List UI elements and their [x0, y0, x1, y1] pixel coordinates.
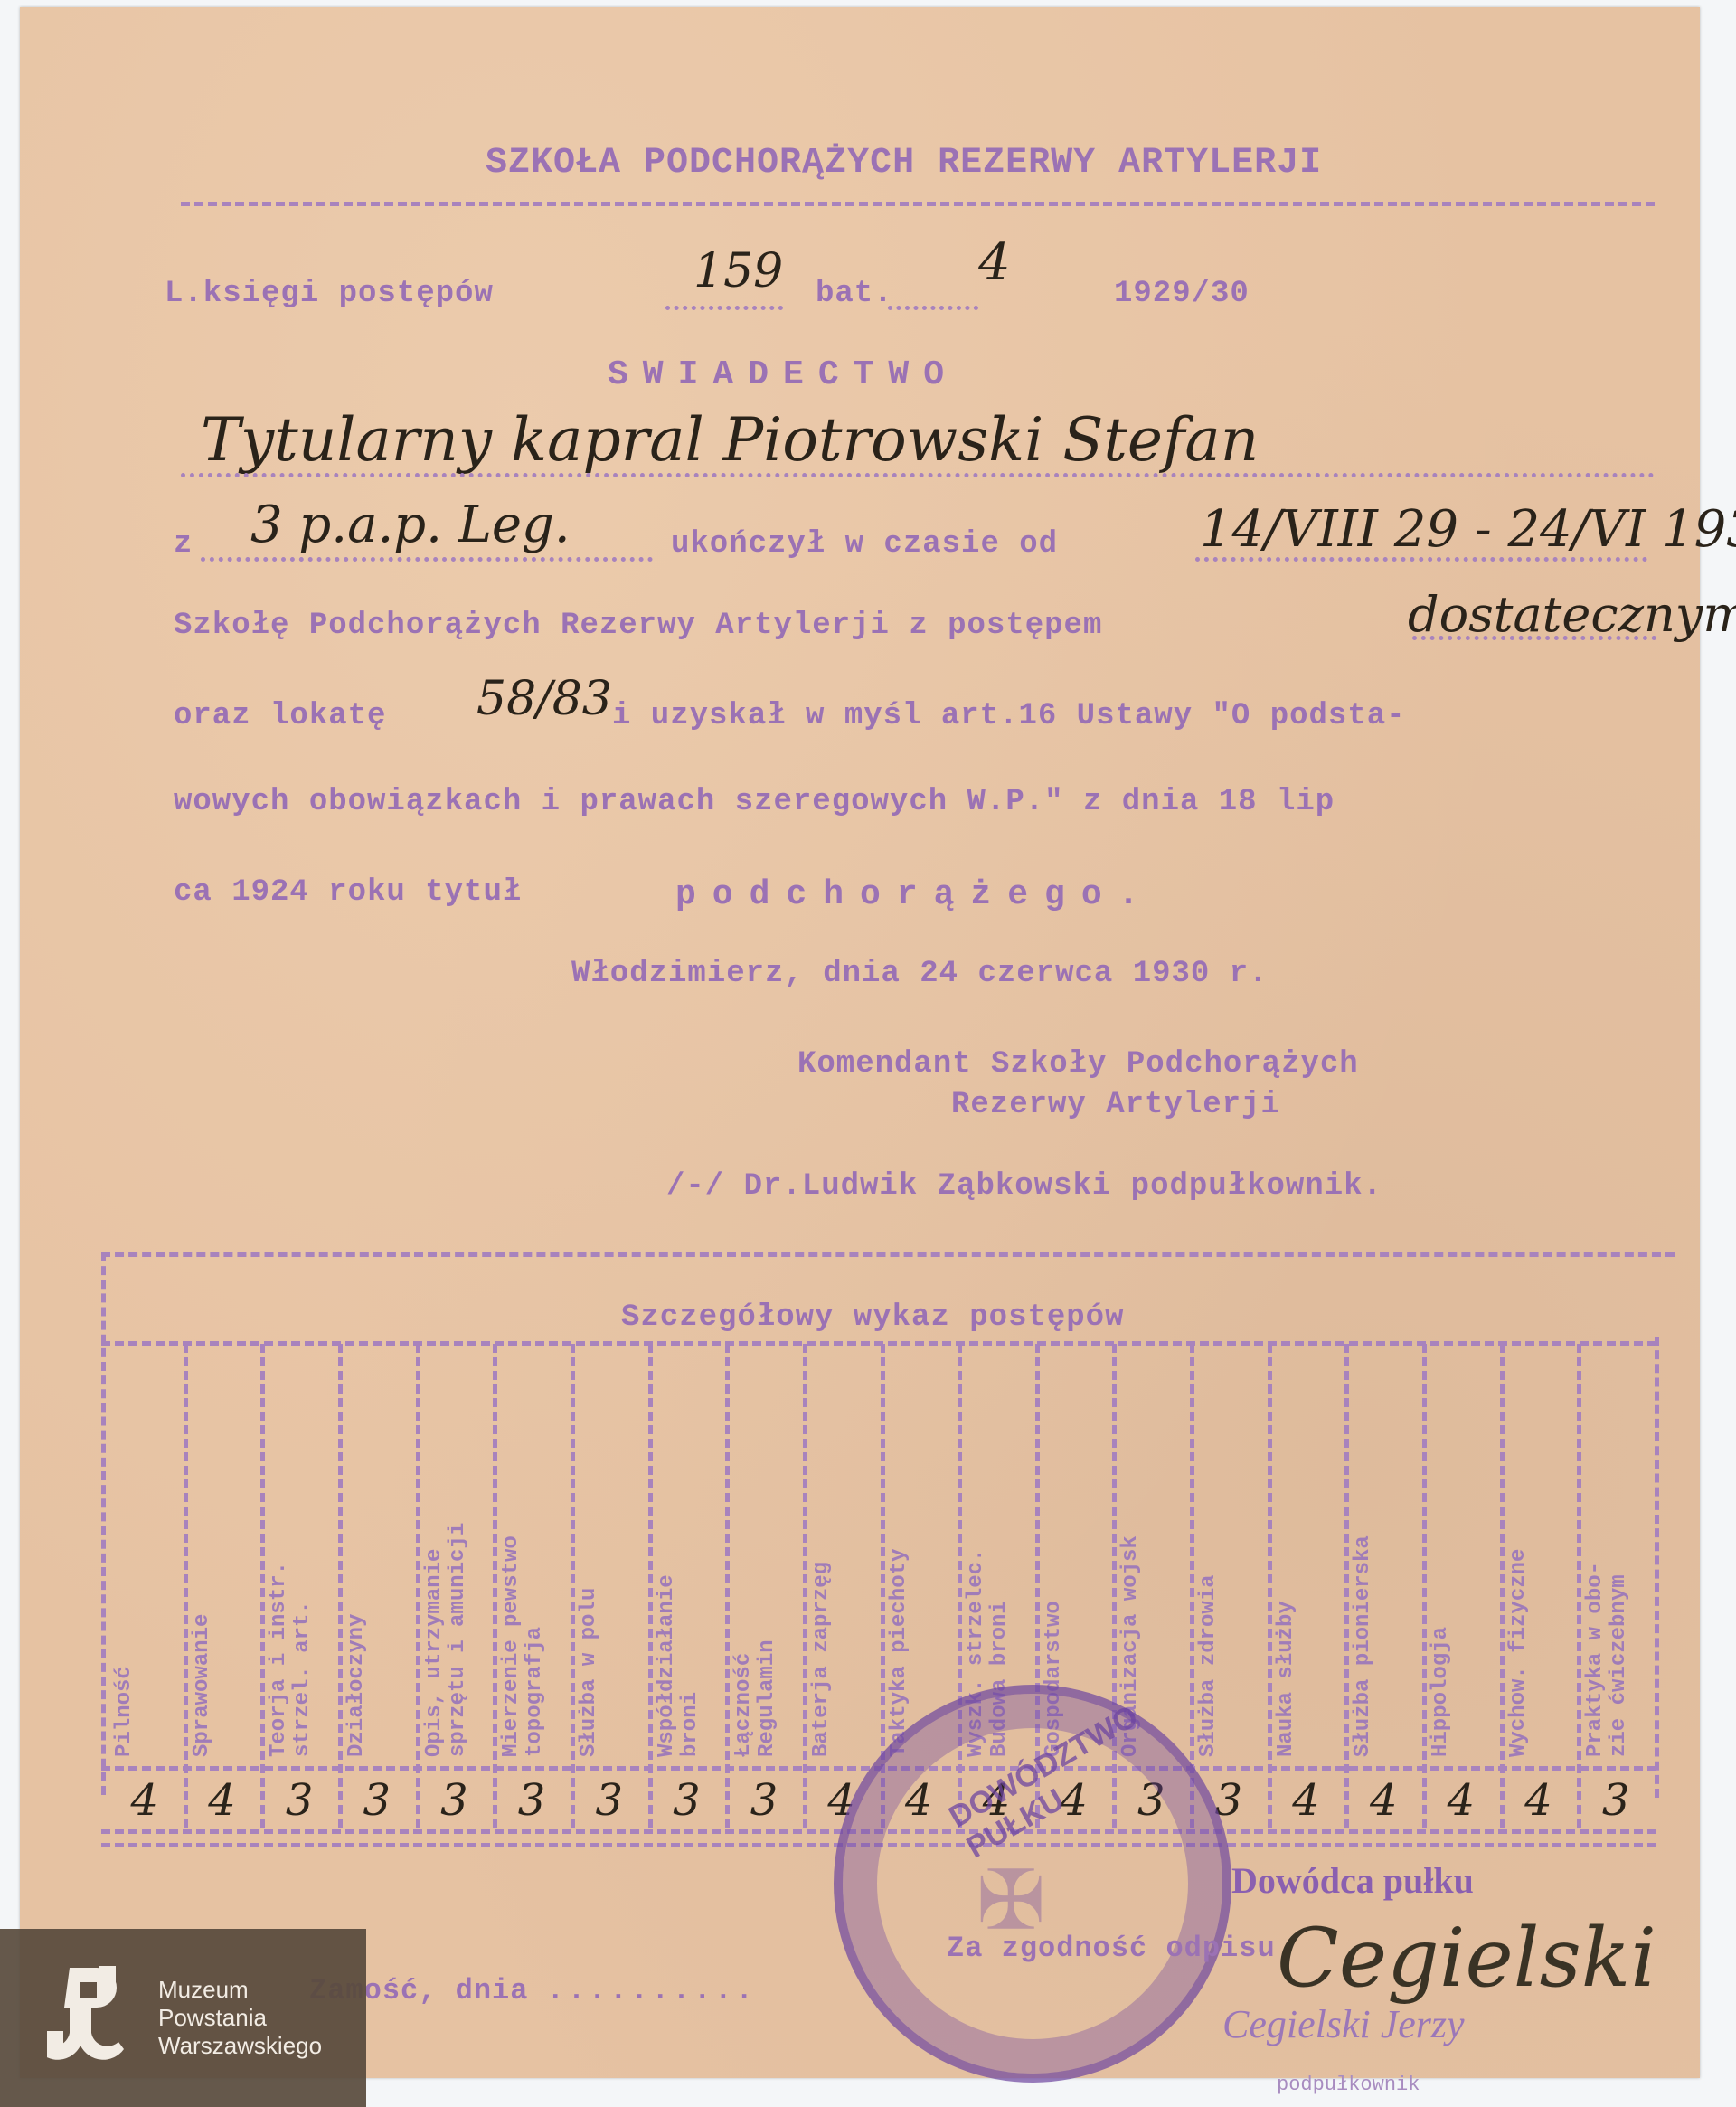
signer-name: Cegielski Jerzy: [1222, 2001, 1465, 2047]
column-header: Służba pionierska: [1352, 1355, 1375, 1757]
battalion-label: bat.: [816, 277, 893, 311]
commander-signature: /-/ Dr.Ludwik Ząbkowski podpułkownik.: [666, 1169, 1382, 1204]
certificate-title: SWIADECTWO: [608, 355, 958, 394]
grade-cell: 3: [664, 1775, 709, 1826]
document-page: SZKOŁA PODCHORĄŻYCH REZERWY ARTYLERJI L.…: [20, 7, 1700, 2078]
column-header: Mierzenie pewstwo topografja: [500, 1355, 547, 1757]
header-divider: [181, 202, 1655, 206]
school-year: 1929/30: [1114, 277, 1250, 311]
museum-watermark: Muzeum Powstania Warszawskiego: [0, 1929, 366, 2107]
battalion-number: 4: [978, 233, 1011, 292]
column-header: Wychow. fizyczne: [1507, 1355, 1531, 1757]
document-header: SZKOŁA PODCHORĄŻYCH REZERWY ARTYLERJI: [486, 143, 1322, 184]
commander-title-2: Rezerwy Artylerji: [951, 1088, 1280, 1122]
column-divider: [1422, 1344, 1427, 1828]
kotwica-anchor-icon: [47, 1966, 142, 2070]
period: 14/VIII 29 - 24/VI 1930 r.: [1200, 500, 1736, 559]
grade-cell: 3: [587, 1775, 632, 1826]
unit: 3 p.a.p. Leg.: [250, 496, 571, 554]
ledger-number: 159: [693, 244, 783, 298]
signer-rank: podpułkownik: [1277, 2074, 1420, 2096]
column-header: Sprawowanie: [191, 1355, 214, 1757]
table-top-border: [101, 1252, 1675, 1257]
table-title: Szczegółowy wykaz postępów: [621, 1300, 1125, 1335]
column-divider: [571, 1344, 575, 1828]
table-left-border: [101, 1252, 106, 1795]
regiment-commander: Dowódca pułku: [1231, 1859, 1474, 1902]
grade-cell: 4: [1439, 1775, 1484, 1826]
name-dots: [181, 473, 1655, 477]
column-divider: [1577, 1344, 1581, 1828]
table-right-border: [1655, 1337, 1659, 1798]
commander-title-1: Komendant Szkoły Podchorążych: [797, 1047, 1359, 1082]
handwritten-signature: Cegielski: [1277, 1911, 1656, 2006]
museum-name: Muzeum Powstania Warszawskiego: [158, 1976, 322, 2060]
column-divider: [338, 1344, 343, 1828]
grade-cell: 3: [741, 1775, 787, 1826]
column-divider: [725, 1344, 730, 1828]
column-divider: [1268, 1344, 1272, 1828]
grade-cell: 4: [1284, 1775, 1329, 1826]
column-header: Współdziałanie broni: [656, 1355, 703, 1757]
placement-suffix: i uzyskał w myśl art.16 Ustawy "O podsta…: [612, 699, 1406, 733]
column-divider: [1190, 1344, 1194, 1828]
column-header: Praktyka w obo- zie ćwiczebnym: [1584, 1355, 1631, 1757]
grade-cell: 3: [354, 1775, 400, 1826]
column-header: Teorja i instr. strzel. art.: [268, 1355, 315, 1757]
placement-prefix: oraz lokatę: [174, 699, 386, 733]
column-divider: [260, 1344, 265, 1828]
museum-name-line2: Powstania: [158, 2004, 322, 2032]
place-date-footer: Zamość, dnia ..........: [309, 1974, 757, 2008]
column-header: Służba w polu: [578, 1355, 601, 1757]
law-line-2: ca 1924 roku tytuł: [174, 875, 522, 910]
column-divider: [1344, 1344, 1349, 1828]
grade-cell: 3: [431, 1775, 476, 1826]
column-divider: [184, 1344, 188, 1828]
from-prefix: z: [174, 527, 193, 562]
grade-cell: 4: [1361, 1775, 1406, 1826]
grade-cell: 3: [1593, 1775, 1638, 1826]
title-awarded: podchorążego.: [675, 875, 1155, 914]
museum-name-line1: Muzeum: [158, 1976, 322, 2004]
column-header: Pilność: [113, 1355, 137, 1757]
grade-cell: 4: [199, 1775, 244, 1826]
battalion-dots: [888, 306, 978, 310]
place-date: Włodzimierz, dnia 24 czerwca 1930 r.: [571, 957, 1269, 991]
column-divider: [803, 1344, 807, 1828]
column-header: Nauka służby: [1275, 1355, 1298, 1757]
ledger-dots: [665, 306, 783, 310]
museum-name-line3: Warszawskiego: [158, 2032, 322, 2060]
column-divider: [1500, 1344, 1505, 1828]
column-header: Hippologja: [1429, 1355, 1453, 1757]
column-divider: [493, 1344, 497, 1828]
school-line: Szkołę Podchorążych Rezerwy Artylerji z …: [174, 609, 1102, 643]
column-header: Działoczyny: [345, 1355, 369, 1757]
conformity-text: Za zgodność odpisu: [947, 1932, 1276, 1965]
official-stamp: DOWÓDZTWO PUŁKU ✠: [834, 1685, 1231, 2083]
law-line: wowych obowiązkach i prawach szeregowych…: [174, 785, 1335, 819]
ledger-label: L.księgi postępów: [165, 277, 494, 311]
grade-cell: 4: [122, 1775, 167, 1826]
grade-cell: 4: [1516, 1775, 1561, 1826]
column-divider: [648, 1344, 653, 1828]
column-divider: [416, 1344, 420, 1828]
unit-dots: [201, 557, 653, 562]
column-header: Baterja zaprzęg: [810, 1355, 834, 1757]
column-header: Łączność Regulamin: [732, 1355, 779, 1757]
placement: 58/83: [476, 672, 612, 726]
grade-cell: 3: [509, 1775, 554, 1826]
column-header: Opis, utrzymanie sprzętu i amunicji: [423, 1355, 470, 1757]
grade-cell: 3: [277, 1775, 322, 1826]
rank-and-name: Tytularny kapral Piotrowski Stefan: [201, 405, 1259, 475]
completed-text: ukończył w czasie od: [671, 527, 1058, 562]
column-header: Taktyka piechoty: [888, 1355, 911, 1757]
progress-grade: dostatecznym: [1408, 586, 1736, 643]
